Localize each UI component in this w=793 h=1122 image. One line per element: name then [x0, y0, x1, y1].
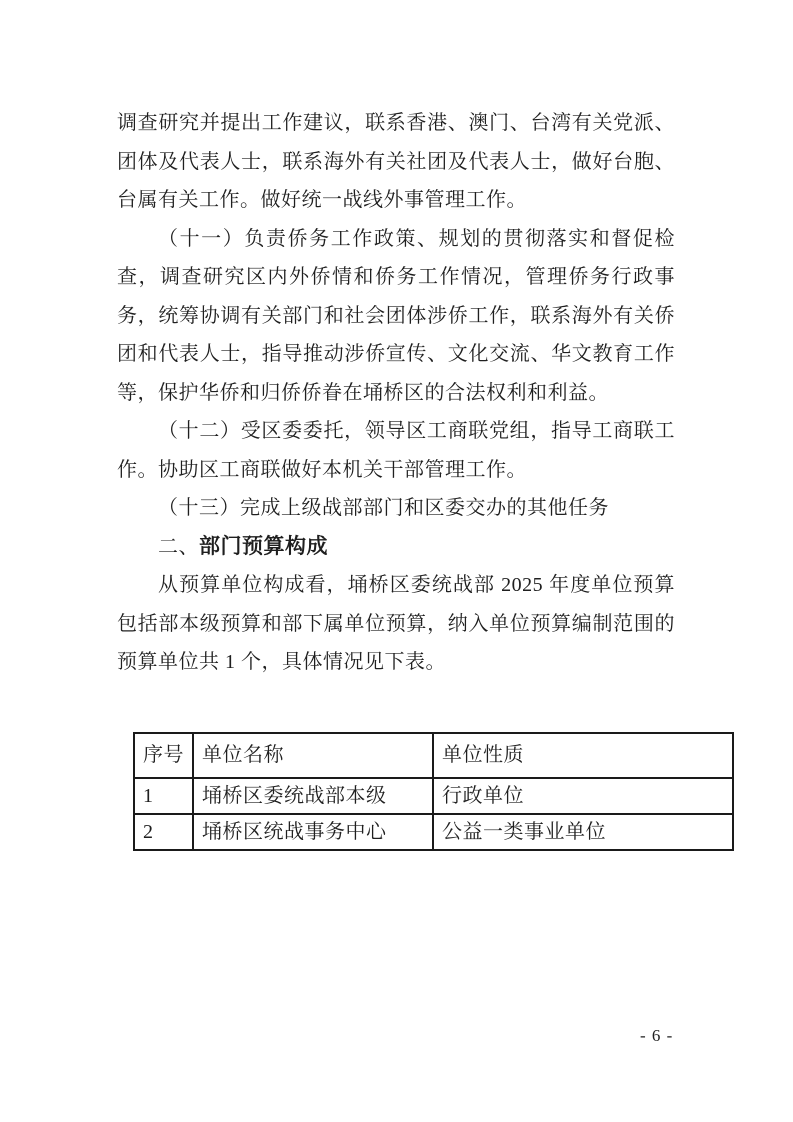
paragraph: 从预算单位构成看，埇桥区委统战部 2025 年度单位预算包括部本级预算和部下属单…: [117, 566, 675, 682]
table-row: 2埇桥区统战事务中心公益一类事业单位: [134, 814, 733, 850]
table-cell: 行政单位: [433, 778, 733, 814]
document-page: 调查研究并提出工作建议，联系香港、澳门、台湾有关党派、团体及代表人士，联系海外有…: [0, 0, 793, 1122]
table-body: 1埇桥区委统战部本级行政单位2埇桥区统战事务中心公益一类事业单位: [134, 778, 733, 850]
section-heading-prefix: 二、: [158, 536, 199, 558]
table-header-row: 序号单位名称单位性质: [134, 733, 733, 778]
budget-units-table: 序号单位名称单位性质 1埇桥区委统战部本级行政单位2埇桥区统战事务中心公益一类事…: [133, 732, 734, 851]
document-body: 调查研究并提出工作建议，联系香港、澳门、台湾有关党派、团体及代表人士，联系海外有…: [117, 104, 675, 851]
page-number: - 6 -: [640, 1026, 673, 1046]
table-row: 1埇桥区委统战部本级行政单位: [134, 778, 733, 814]
table-cell: 埇桥区统战事务中心: [193, 814, 433, 850]
table-cell: 2: [134, 814, 193, 850]
table-header-cell: 序号: [134, 733, 193, 778]
table-head: 序号单位名称单位性质: [134, 733, 733, 778]
table-header-cell: 单位名称: [193, 733, 433, 778]
paragraph: （十一）负责侨务工作政策、规划的贯彻落实和督促检查，调查研究区内外侨情和侨务工作…: [117, 220, 675, 413]
paragraph: （十三）完成上级战部部门和区委交办的其他任务: [117, 489, 675, 528]
table-cell: 1: [134, 778, 193, 814]
paragraph: 调查研究并提出工作建议，联系香港、澳门、台湾有关党派、团体及代表人士，联系海外有…: [117, 104, 675, 220]
body-paragraphs: 调查研究并提出工作建议，联系香港、澳门、台湾有关党派、团体及代表人士，联系海外有…: [117, 104, 675, 528]
table-header-cell: 单位性质: [433, 733, 733, 778]
table-cell: 公益一类事业单位: [433, 814, 733, 850]
section-heading-title: 部门预算构成: [199, 535, 328, 558]
table-cell: 埇桥区委统战部本级: [193, 778, 433, 814]
section-heading: 二、部门预算构成: [117, 528, 675, 567]
post-heading-paragraphs: 从预算单位构成看，埇桥区委统战部 2025 年度单位预算包括部本级预算和部下属单…: [117, 566, 675, 682]
paragraph: （十二）受区委委托，领导区工商联党组，指导工商联工作。协助区工商联做好本机关干部…: [117, 412, 675, 489]
